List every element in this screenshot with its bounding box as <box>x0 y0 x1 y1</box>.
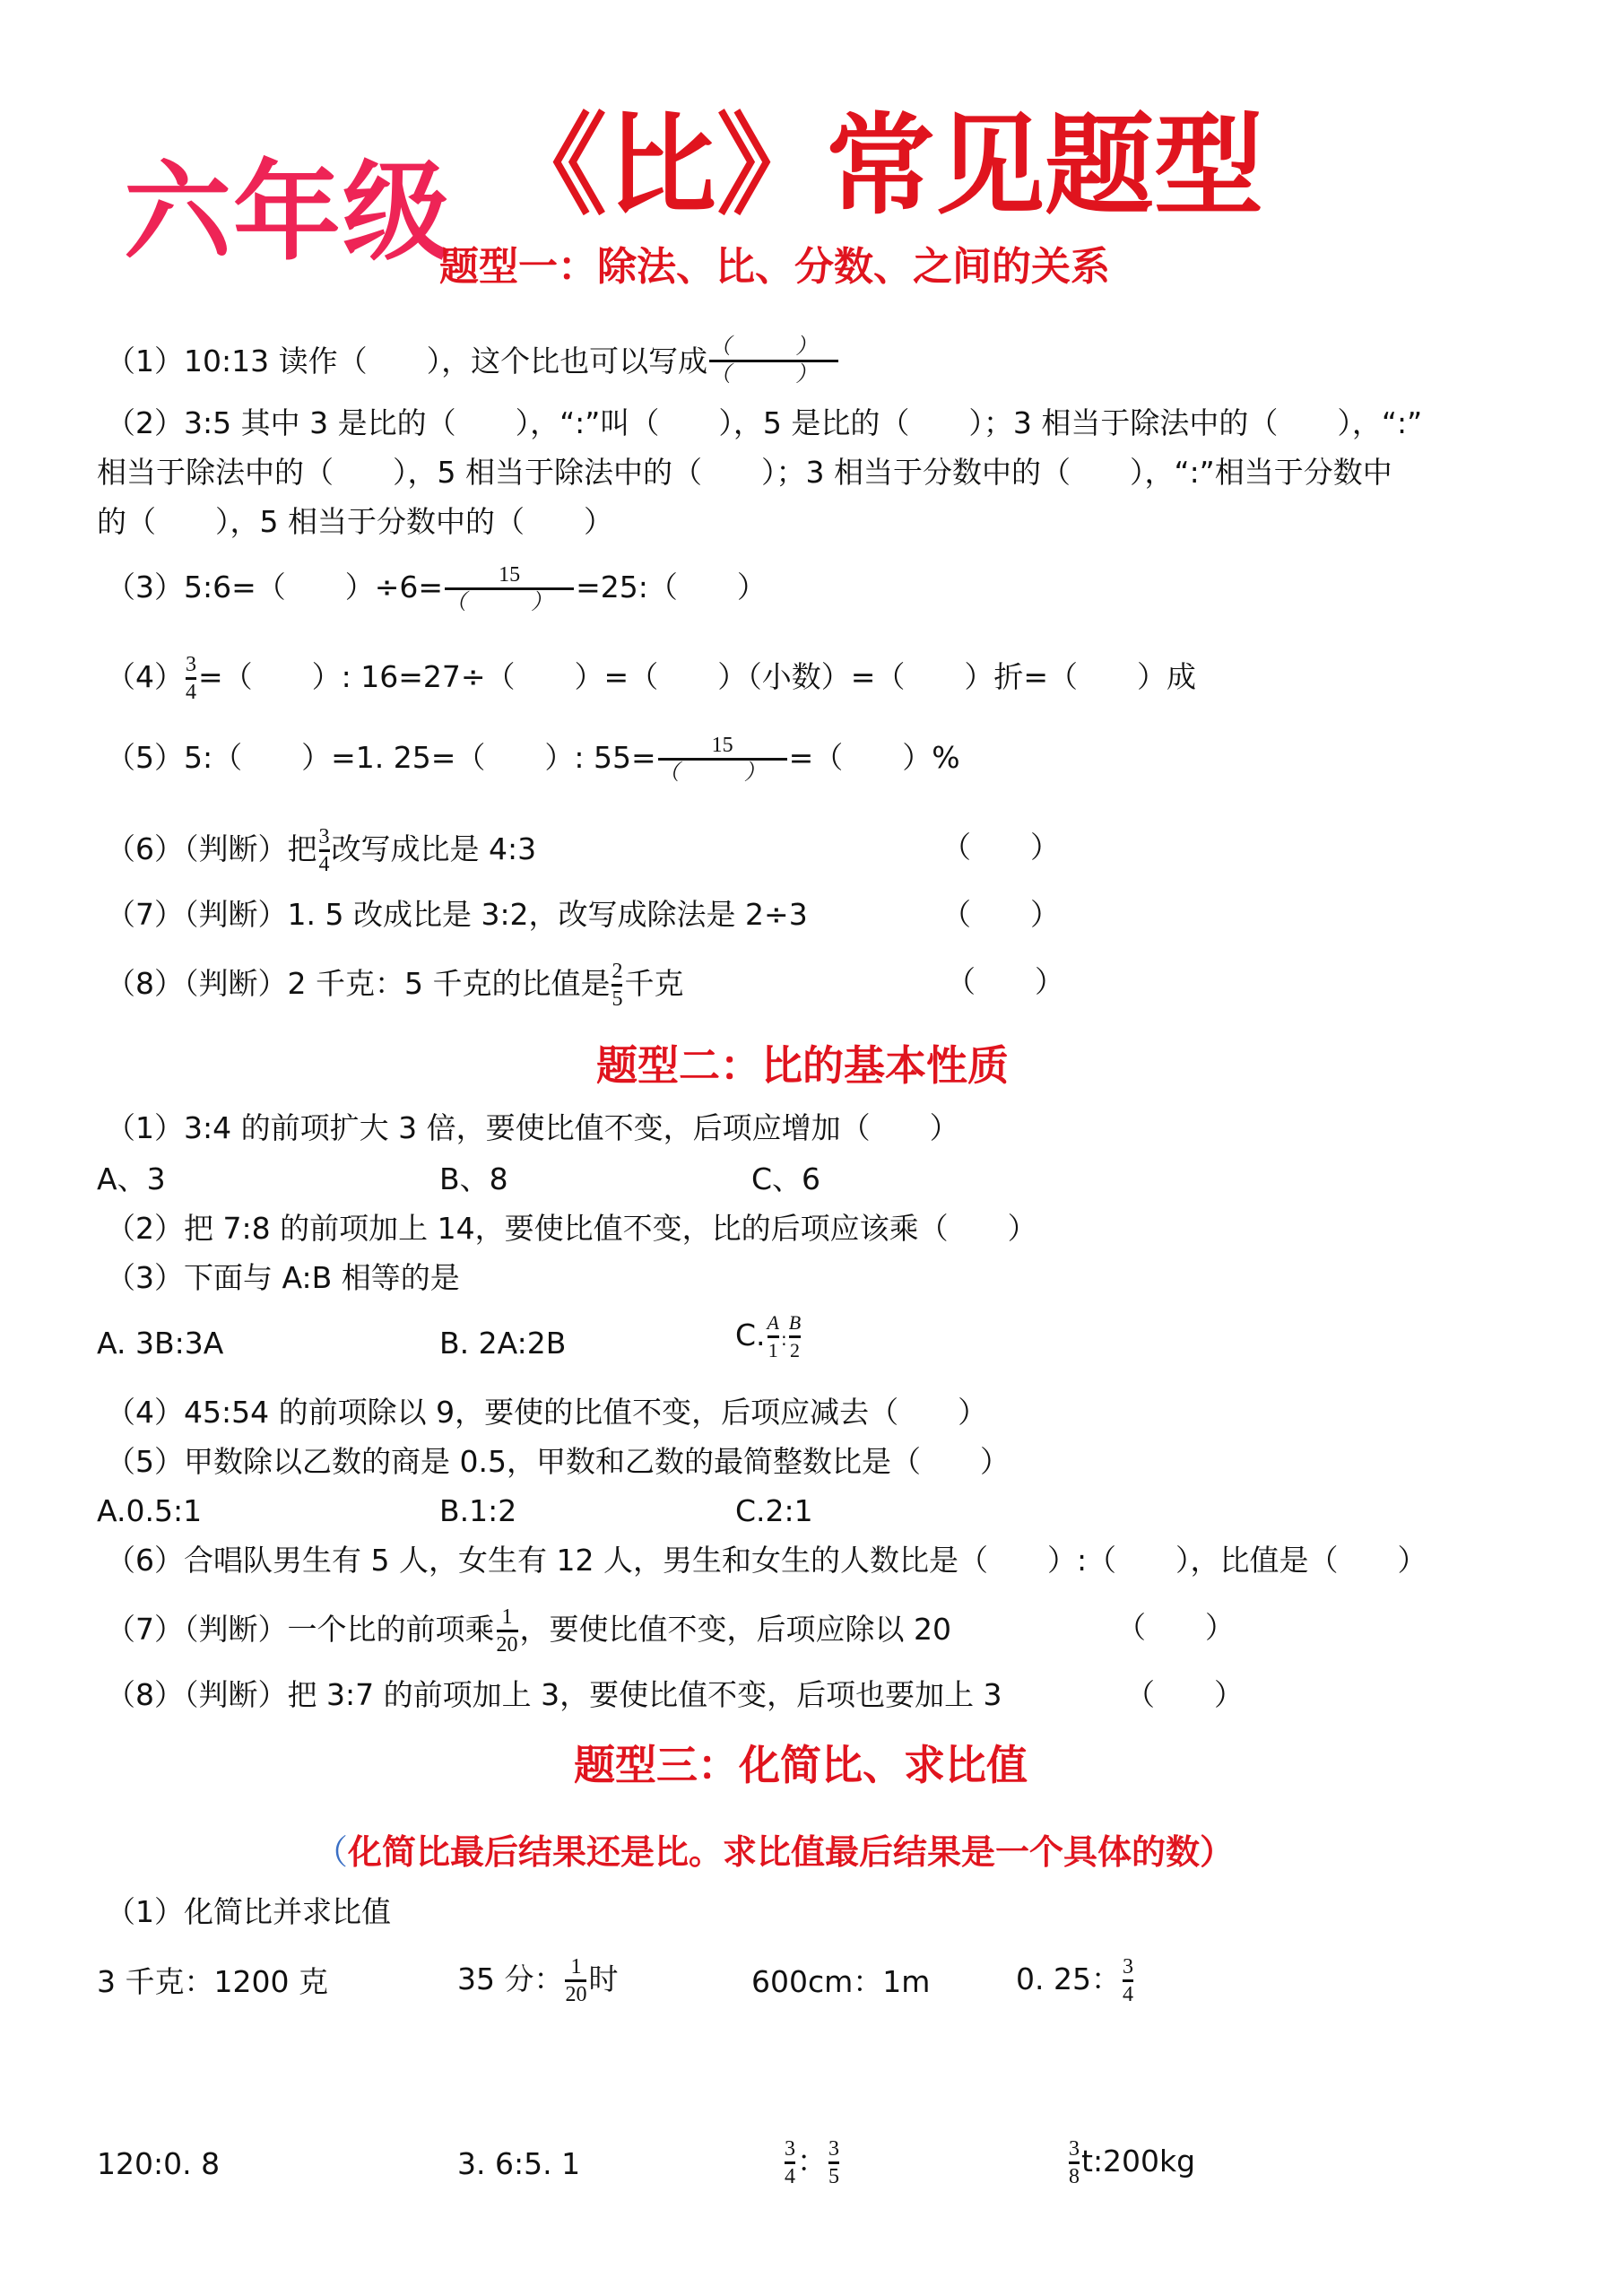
section-3-note: （化简比最后结果还是比。求比值最后结果是一个具体的数） <box>314 1830 1234 1874</box>
s3-item: 38t:200kg <box>1067 2137 1195 2188</box>
fraction: 120 <box>565 1955 586 2006</box>
s1-question-6: （6）（判断）把34改写成比是 4:3 <box>106 825 536 876</box>
fraction: 120 <box>497 1605 518 1657</box>
s2-q1-option-b[interactable]: B、8 <box>439 1161 508 1197</box>
s2-question-4: （4）45:54 的前项除以 9，要使的比值不变，后项应减去（ ） <box>106 1395 987 1431</box>
fraction: 15（ ） <box>445 563 574 614</box>
s3-question-1: （1）化简比并求比值 <box>106 1894 391 1930</box>
fraction: 25 <box>612 960 622 1011</box>
s3-item: 34：35 <box>783 2137 841 2188</box>
s2-q5-option-a[interactable]: A.0.5:1 <box>97 1493 202 1529</box>
s3-item: 3. 6:5. 1 <box>457 2146 580 2182</box>
fraction: 34 <box>1123 1955 1133 2006</box>
fraction: 34 <box>319 825 330 876</box>
s2-question-3: （3）下面与 A:B 相等的是 <box>106 1260 460 1296</box>
s1-question-7: （7）（判断）1. 5 改成比是 3:2，改写成除法是 2÷3 <box>106 897 808 933</box>
s2-question-8: （8）（判断）把 3:7 的前项加上 3，要使比值不变，后项也要加上 3 <box>106 1677 1002 1713</box>
s3-item: 35 分：120时 <box>457 1955 618 2006</box>
s2-q8-answer-blank[interactable]: （ ） <box>1125 1677 1244 1713</box>
s3-item: 600cm：1m <box>751 1964 930 2000</box>
fraction: 35 <box>828 2137 839 2188</box>
s2-question-2: （2）把 7:8 的前项加上 14，要使比值不变，比的后项应该乘（ ） <box>106 1211 1037 1247</box>
s3-item: 0. 25：34 <box>1016 1955 1135 2006</box>
page-title: 《比》常见题型 <box>498 103 1263 229</box>
s1-question-2-line-2: 相当于除法中的（ ），5 相当于除法中的（ ）；3 相当于分数中的（ ），“:”… <box>97 455 1392 491</box>
s1-question-3: （3）5:6=（ ）÷6=15（ ）=25:（ ） <box>106 563 767 614</box>
s1-q6-answer-blank[interactable]: （ ） <box>941 830 1060 865</box>
s2-q3-option-c[interactable]: C.A1:B2 <box>735 1311 802 1362</box>
fraction: 34 <box>785 2137 795 2188</box>
s3-item: 120:0. 8 <box>97 2146 220 2182</box>
s3-item: 3 千克：1200 克 <box>97 1964 328 2000</box>
s2-q3-option-b[interactable]: B. 2A:2B <box>439 1326 566 1361</box>
section-3-heading: 题型三：化简比、求比值 <box>574 1740 1028 1790</box>
s2-q5-option-c[interactable]: C.2:1 <box>735 1493 813 1529</box>
s2-question-7: （7）（判断）一个比的前项乘120，要使比值不变，后项应除以 20 <box>106 1605 951 1657</box>
s1-question-8: （8）（判断）2 千克：5 千克的比值是25千克 <box>106 960 683 1011</box>
s2-q5-option-b[interactable]: B.1:2 <box>439 1493 516 1529</box>
s1-q1-text: （1）10:13 读作（ ），这个比也可以写成 <box>106 344 707 378</box>
s2-q7-answer-blank[interactable]: （ ） <box>1116 1610 1235 1646</box>
s2-question-5: （5）甲数除以乙数的商是 0.5，甲数和乙数的最简整数比是（ ） <box>106 1444 1010 1480</box>
s1-question-1: （1）10:13 读作（ ），这个比也可以写成（ ）（ ） <box>106 337 840 388</box>
section-1-heading: 题型一：除法、比、分数、之间的关系 <box>439 242 1110 292</box>
fraction: 34 <box>186 653 196 704</box>
grade-label: 六年级 <box>124 151 452 276</box>
s1-question-2-line-3: 的（ ），5 相当于分数中的（ ） <box>97 504 613 540</box>
s2-q1-option-a[interactable]: A、3 <box>97 1161 166 1197</box>
s1-q8-answer-blank[interactable]: （ ） <box>946 964 1064 1000</box>
s1-q7-answer-blank[interactable]: （ ） <box>941 897 1060 933</box>
s1-question-2-line-1: （2）3:5 其中 3 是比的（ ），“:”叫（ ），5 是比的（ ）；3 相当… <box>106 405 1422 441</box>
s2-question-1: （1）3:4 的前项扩大 3 倍，要使比值不变，后项应增加（ ） <box>106 1110 959 1146</box>
fraction: 15（ ） <box>658 734 787 785</box>
s1-question-5: （5）5:（ ）=1. 25=（ ）: 55=15（ ）=（ ）% <box>106 734 960 785</box>
s2-q1-option-c[interactable]: C、6 <box>751 1161 820 1197</box>
section-2-heading: 题型二：比的基本性质 <box>596 1040 1009 1091</box>
s2-question-6: （6）合唱队男生有 5 人，女生有 12 人，男生和女生的人数比是（ ）:（ ）… <box>106 1543 1427 1578</box>
fraction: （ ）（ ） <box>709 335 838 387</box>
fraction: B2 <box>789 1311 801 1362</box>
s1-question-4: （4）34=（ ）: 16=27÷（ ）=（ ）（小数）=（ ）折=（ ）成 <box>106 653 1196 704</box>
fraction: 38 <box>1069 2137 1080 2188</box>
fraction: A1 <box>768 1311 779 1362</box>
s2-q3-option-a[interactable]: A. 3B:3A <box>97 1326 223 1361</box>
